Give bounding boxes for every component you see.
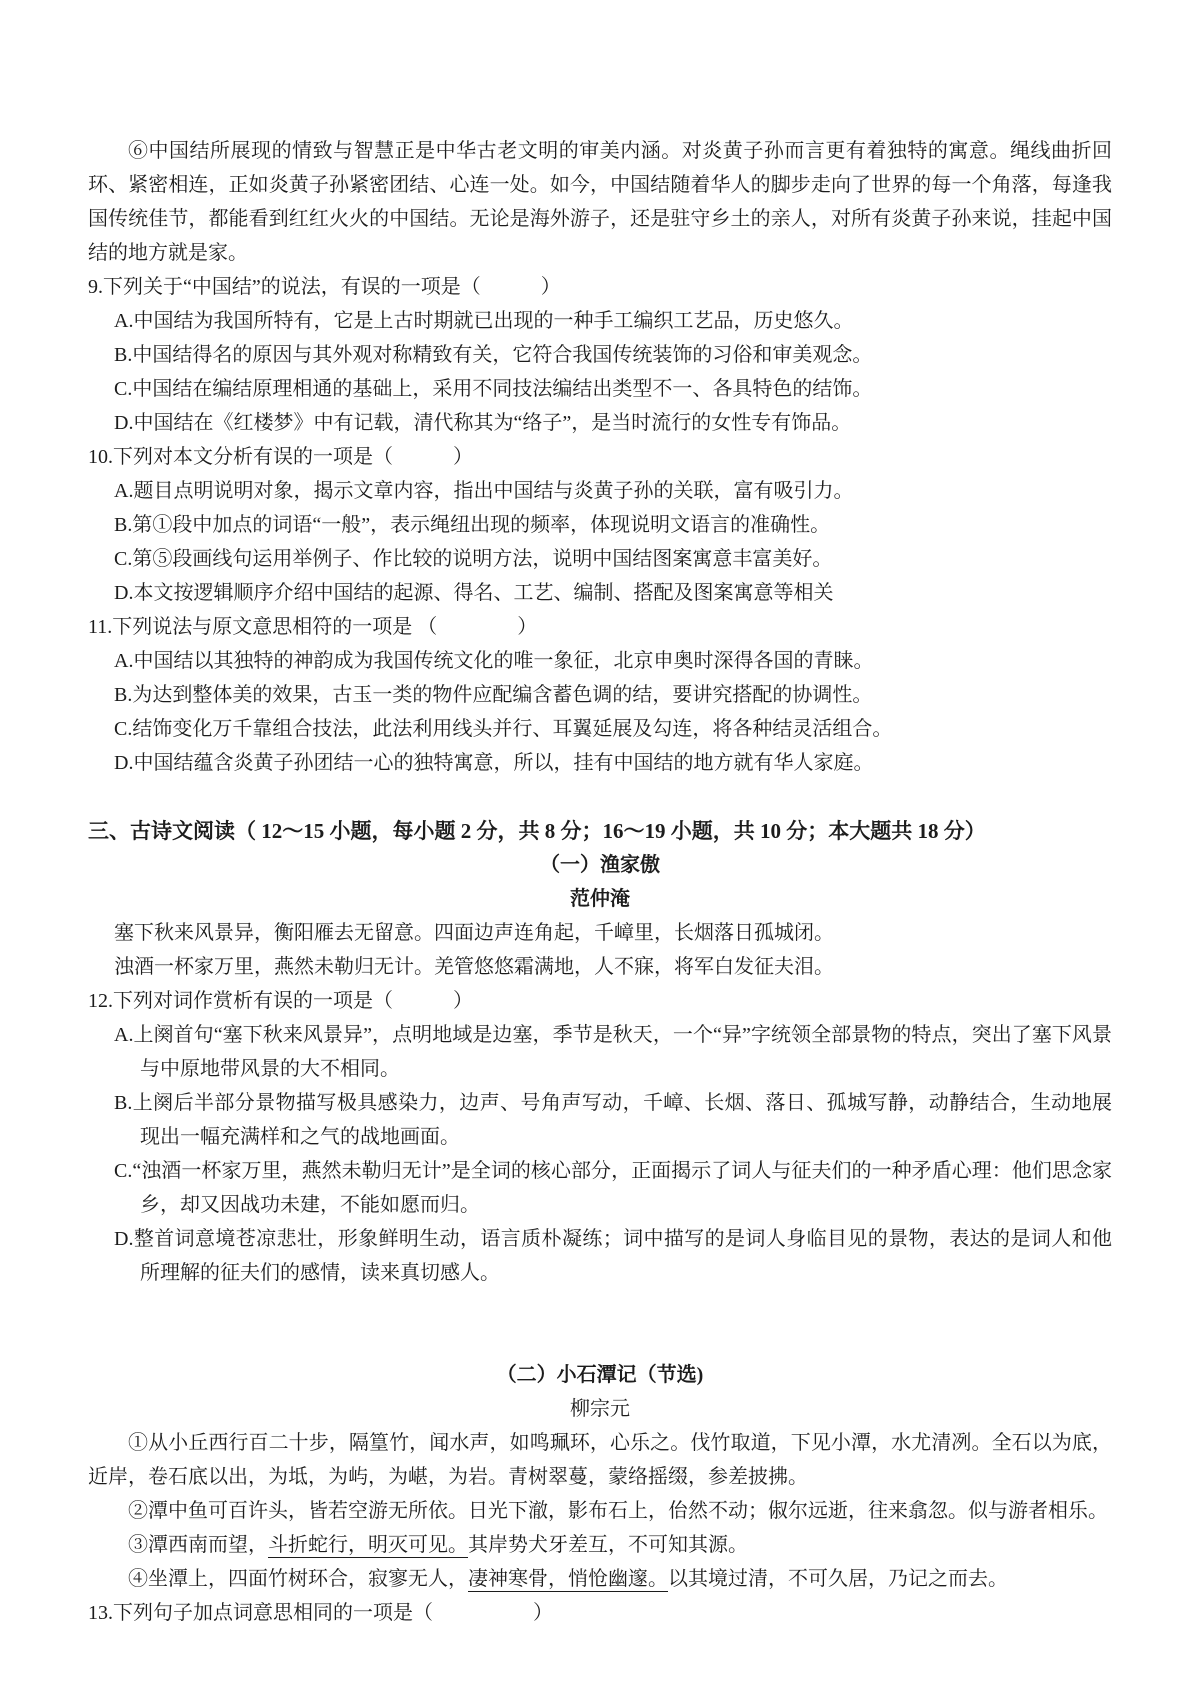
question-10-option-c: C.第⑤段画线句运用举例子、作比较的说明方法，说明中国结图案寓意丰富美好。 <box>88 542 1112 576</box>
paragraph-3-pre: ③潭西南而望， <box>128 1534 268 1556</box>
passage-author: 柳宗元 <box>88 1392 1112 1426</box>
question-10-option-b: B.第①段中加点的词语“一般”，表示绳纽出现的频率，体现说明文语言的准确性。 <box>88 508 1112 542</box>
question-10: 10.下列对本文分析有误的一项是（ ） A.题目点明说明对象，揭示文章内容，指出… <box>88 440 1112 610</box>
question-11-option-a: A.中国结以其独特的神韵成为我国传统文化的唯一象征，北京申奥时深得各国的青睐。 <box>88 644 1112 678</box>
passage-paragraph-2: ②潭中鱼可百许头，皆若空游无所依。日光下澈，影布石上，佁然不动；俶尔远逝，往来翕… <box>88 1494 1112 1528</box>
passage-paragraph-3: ③潭西南而望，斗折蛇行，明灭可见。其岸势犬牙差互，不可知其源。 <box>88 1528 1112 1562</box>
paragraph-4-pre: ④坐潭上，四面竹树环合，寂寥无人， <box>128 1568 468 1590</box>
question-9: 9.下列关于“中国结”的说法，有误的一项是（ ） A.中国结为我国所特有，它是上… <box>88 270 1112 440</box>
question-13-stem: 13.下列句子加点词意思相同的一项是（ ） <box>88 1596 1112 1630</box>
passage-paragraph-4: ④坐潭上，四面竹树环合，寂寥无人，凄神寒骨，悄怆幽邃。以其境过清，不可久居，乃记… <box>88 1562 1112 1596</box>
question-11-option-c: C.结饰变化万千靠组合技法，此法利用线头并行、耳翼延展及勾连，将各种结灵活组合。 <box>88 712 1112 746</box>
question-10-option-d: D.本文按逻辑顺序介绍中国结的起源、得名、工艺、编制、搭配及图案寓意等相关 <box>88 576 1112 610</box>
question-9-option-b: B.中国结得名的原因与其外观对称精致有关，它符合我国传统装饰的习俗和审美观念。 <box>88 338 1112 372</box>
poem-line-2: 浊酒一杯家万里，燕然未勒归无计。羌管悠悠霜满地，人不寐，将军白发征夫泪。 <box>88 950 1112 984</box>
poem-line-1: 塞下秋来风景异，衡阳雁去无留意。四面边声连角起，千嶂里，长烟落日孤城闭。 <box>88 916 1112 950</box>
question-12-option-a: A.上阕首句“塞下秋来风景异”，点明地域是边塞，季节是秋天，一个“异”字统领全部… <box>88 1018 1112 1086</box>
question-11-option-b: B.为达到整体美的效果，古玉一类的物件应配编含蓄色调的结，要讲究搭配的协调性。 <box>88 678 1112 712</box>
question-12-option-b: B.上阕后半部分景物描写极具感染力，边声、号角声写动，千嶂、长烟、落日、孤城写静… <box>88 1086 1112 1154</box>
paragraph-4-post: 以其境过清，不可久居，乃记之而去。 <box>668 1568 1008 1590</box>
paragraph-3-post: 其岸势犬牙差互，不可知其源。 <box>468 1534 748 1556</box>
part-1-yujiaao: （一）渔家傲 范仲淹 塞下秋来风景异，衡阳雁去无留意。四面边声连角起，千嶂里，长… <box>88 848 1112 984</box>
question-9-option-d: D.中国结在《红楼梦》中有记载，清代称其为“络子”，是当时流行的女性专有饰品。 <box>88 406 1112 440</box>
poem-author: 范仲淹 <box>88 882 1112 916</box>
part-2-xiaoshitanji: （二）小石潭记（节选) 柳宗元 ①从小丘西行百二十步，隔篁竹，闻水声，如鸣珮环，… <box>88 1358 1112 1596</box>
question-10-stem: 10.下列对本文分析有误的一项是（ ） <box>88 440 1112 474</box>
paragraph-4-underlined-phrase: 凄神寒骨，悄怆幽邃。 <box>468 1568 668 1592</box>
question-11-option-d: D.中国结蕴含炎黄子孙团结一心的独特寓意，所以，挂有中国结的地方就有华人家庭。 <box>88 746 1112 780</box>
paragraph-3-underlined-phrase: 斗折蛇行，明灭可见。 <box>268 1534 468 1558</box>
passage-title: （二）小石潭记（节选) <box>88 1358 1112 1392</box>
question-12: 12.下列对词作赏析有误的一项是（ ） A.上阕首句“塞下秋来风景异”，点明地域… <box>88 984 1112 1290</box>
question-12-stem: 12.下列对词作赏析有误的一项是（ ） <box>88 984 1112 1018</box>
question-13: 13.下列句子加点词意思相同的一项是（ ） <box>88 1596 1112 1630</box>
passage-paragraph-1: ①从小丘西行百二十步，隔篁竹，闻水声，如鸣珮环，心乐之。伐竹取道，下见小潭，水尤… <box>88 1426 1112 1494</box>
question-10-option-a: A.题目点明说明对象，揭示文章内容，指出中国结与炎黄子孙的关联，富有吸引力。 <box>88 474 1112 508</box>
question-11-stem: 11.下列说法与原文意思相符的一项是 （ ） <box>88 610 1112 644</box>
question-12-option-d: D.整首词意境苍凉悲壮，形象鲜明生动，语言质朴凝练；词中描写的是词人身临目见的景… <box>88 1222 1112 1290</box>
poem-title: （一）渔家傲 <box>88 848 1112 882</box>
exam-page: ⑥中国结所展现的情致与智慧正是中华古老文明的审美内涵。对炎黄子孙而言更有着独特的… <box>0 0 1200 1698</box>
passage-paragraph-6: ⑥中国结所展现的情致与智慧正是中华古老文明的审美内涵。对炎黄子孙而言更有着独特的… <box>88 134 1112 270</box>
question-12-option-c: C.“浊酒一杯家万里，燕然未勒归无计”是全词的核心部分，正面揭示了词人与征夫们的… <box>88 1154 1112 1222</box>
question-9-option-c: C.中国结在编结原理相通的基础上，采用不同技法编结出类型不一、各具特色的结饰。 <box>88 372 1112 406</box>
question-9-stem: 9.下列关于“中国结”的说法，有误的一项是（ ） <box>88 270 1112 304</box>
section-3-heading: 三、古诗文阅读（ 12～15 小题，每小题 2 分，共 8 分；16～19 小题… <box>88 814 1112 848</box>
question-9-option-a: A.中国结为我国所特有，它是上古时期就已出现的一种手工编织工艺品，历史悠久。 <box>88 304 1112 338</box>
question-11: 11.下列说法与原文意思相符的一项是 （ ） A.中国结以其独特的神韵成为我国传… <box>88 610 1112 780</box>
